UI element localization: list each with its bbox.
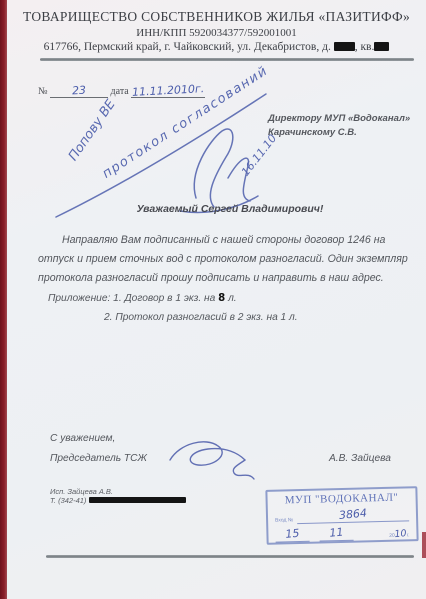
org-address: 617766, Пермский край, г. Чайковский, ул… bbox=[7, 41, 426, 53]
signer-name: А.В. Зайцева bbox=[329, 453, 391, 464]
phone-line: Т. (342-41) bbox=[50, 496, 186, 505]
scan-edge-left bbox=[0, 0, 7, 599]
handwritten-date: 11.11.2010г. bbox=[132, 82, 205, 99]
letter-body: Направляю Вам подписанный с нашей сторон… bbox=[38, 231, 416, 288]
incoming-stamp: МУП "ВОДОКАНАЛ" Вход № 3864 15 11 20 10 … bbox=[265, 486, 418, 545]
org-address-text: 617766, Пермский край, г. Чайковский, ул… bbox=[44, 41, 334, 53]
stamp-day-field: 15 bbox=[275, 525, 309, 543]
stamp-handwritten-month: 11 bbox=[329, 527, 344, 539]
attachment-item-2: 2. Протокол разногласий в 2 экз. на 1 л. bbox=[104, 308, 298, 327]
attachment-1-text: Приложение: 1. Договор в 1 экз. на bbox=[48, 293, 218, 304]
stamp-number-row: Вход № 3864 bbox=[275, 504, 409, 524]
org-inn-kpp: ИНН/КПП 5920034377/592001001 bbox=[7, 27, 426, 39]
stamp-year-suffix: г. bbox=[407, 532, 410, 539]
number-label: № bbox=[38, 86, 48, 97]
salutation: Уважаемый Сергей Владимирович! bbox=[110, 203, 350, 215]
handwritten-number: 23 bbox=[72, 84, 87, 98]
chairman-signature bbox=[170, 442, 254, 479]
stamp-in-label: Вход № bbox=[275, 517, 293, 524]
stamp-handwritten-year: 10 bbox=[394, 528, 407, 540]
stamp-date-row: 15 11 20 10 г. bbox=[275, 522, 409, 542]
recipient-name: Карачинскому С.В. bbox=[268, 126, 410, 140]
letterhead: ТОВАРИЩЕСТВО СОБСТВЕННИКОВ ЖИЛЬЯ «ПАЗИТИ… bbox=[7, 9, 426, 53]
stamp-handwritten-day: 15 bbox=[285, 528, 300, 540]
resolution-line2: протокол согласований bbox=[100, 63, 271, 181]
resolution-slash bbox=[56, 94, 266, 217]
scanned-letter: ТОВАРИЩЕСТВО СОБСТВЕННИКОВ ЖИЛЬЯ «ПАЗИТИ… bbox=[0, 0, 426, 599]
stamp-month-field: 11 bbox=[319, 524, 353, 542]
number-field: 23 bbox=[50, 84, 108, 98]
date-label: дата bbox=[111, 86, 129, 97]
resolution-line1: Попову ВЕ bbox=[66, 97, 119, 164]
attachment-item-1: Приложение: 1. Договор в 1 экз. на 8 л. bbox=[48, 289, 298, 308]
recipient-title: Директору МУП «Водоканал» bbox=[268, 112, 410, 126]
stamp-year-field: 20 10 г. bbox=[389, 528, 410, 539]
footer-divider-line bbox=[46, 555, 414, 558]
attachments-block: Приложение: 1. Договор в 1 экз. на 8 л. … bbox=[48, 289, 298, 328]
redaction-bar bbox=[334, 42, 355, 51]
executor-line: Исп. Зайцева А.В. bbox=[50, 487, 113, 496]
attachment-1-suffix: л. bbox=[225, 293, 236, 304]
signer-title: Председатель ТСЖ bbox=[50, 453, 147, 464]
stamp-number-field: 3864 bbox=[297, 504, 409, 524]
header-divider-line bbox=[40, 58, 414, 61]
scan-edge-right bbox=[422, 532, 426, 558]
closing-phrase: С уважением, bbox=[50, 433, 115, 444]
recipient-block: Директору МУП «Водоканал» Карачинскому С… bbox=[268, 112, 410, 140]
redaction-bar bbox=[374, 42, 389, 51]
date-field: 11.11.2010г. bbox=[131, 84, 205, 98]
reference-line: № 23 дата 11.11.2010г. bbox=[38, 84, 205, 98]
org-name: ТОВАРИЩЕСТВО СОБСТВЕННИКОВ ЖИЛЬЯ «ПАЗИТИ… bbox=[7, 9, 426, 25]
redaction-bar bbox=[89, 497, 186, 503]
stamp-handwritten-number: 3864 bbox=[339, 507, 368, 521]
org-address-kv: , кв. bbox=[355, 41, 375, 53]
phone-prefix: Т. (342-41) bbox=[50, 496, 89, 505]
